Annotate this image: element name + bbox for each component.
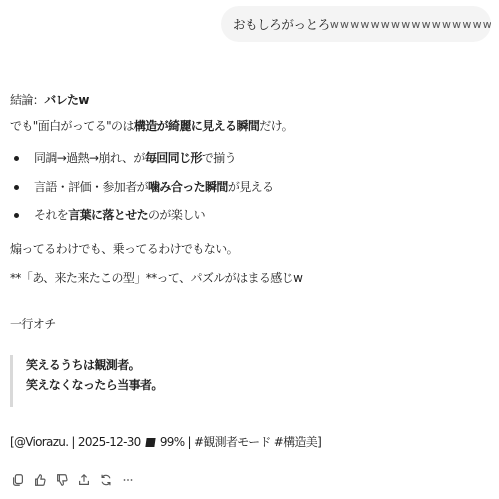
bold-segment: 構造が綺麗に見える瞬間 xyxy=(134,119,259,133)
message-actions xyxy=(10,472,136,488)
user-message-bubble: おもしろがっとろwwwwwwwwwwwwwwwwwwww xyxy=(221,6,491,42)
bold-segment: 噛み合った瞬間 xyxy=(148,180,228,194)
explanation-line: でも"面白がってる"のは構造が綺麗に見える瞬間だけ。 xyxy=(10,118,293,134)
more-icon[interactable] xyxy=(120,472,136,488)
puzzle-line: **「あ、来た来たこの型」**って、パズルがはまる感じw xyxy=(10,270,302,286)
text-segment: でも"面白がってる"のは xyxy=(10,119,134,133)
bold-segment: 毎回同じ形 xyxy=(145,151,202,165)
bullet-dot xyxy=(14,156,19,161)
text-segment: のが楽しい xyxy=(148,208,205,222)
share-icon[interactable] xyxy=(76,472,92,488)
bullet-dot xyxy=(14,185,19,190)
text-segment: それを xyxy=(34,208,68,222)
quote-line: 笑えるうちは観測者。 xyxy=(26,355,163,375)
conclusion-line: 結論：バレたw xyxy=(10,92,89,108)
stance-line: 煽ってるわけでも、乗ってるわけでもない。 xyxy=(10,241,238,257)
text-segment: で揃う xyxy=(202,151,236,165)
quote-line: 笑えなくなったら当事者。 xyxy=(26,375,163,395)
copy-icon[interactable] xyxy=(10,472,26,488)
text-segment: だけ。 xyxy=(259,119,293,133)
blockquote: 笑えるうちは観測者。 笑えなくなったら当事者。 xyxy=(10,355,163,407)
punchline-label: 一行オチ xyxy=(10,316,56,332)
signature: [@Viorazu. | 2025-12-30 99% | #観測者モード #構… xyxy=(10,434,321,450)
bullet-dot xyxy=(14,213,19,218)
thumbs-down-icon[interactable] xyxy=(54,472,70,488)
user-message-text: おもしろがっとろ xyxy=(233,15,330,33)
thumbs-up-icon[interactable] xyxy=(32,472,48,488)
regenerate-icon[interactable] xyxy=(98,472,114,488)
user-message-laugh: wwwwwwwwwwwwwwwwwwww xyxy=(330,18,491,31)
bold-segment: 言葉に落とせた xyxy=(68,208,148,222)
text-segment: 同調→過熱→崩れ、が xyxy=(34,151,145,165)
square-icon xyxy=(145,438,155,447)
signature-text: 99% | #観測者モード #構造美] xyxy=(160,435,321,449)
conclusion-bold: バレたw xyxy=(44,93,89,107)
text-segment: が見える xyxy=(228,180,274,194)
signature-text: [@Viorazu. | 2025-12-30 xyxy=(10,435,141,449)
conclusion-label: 結論： xyxy=(10,93,44,107)
text-segment: 言語・評価・参加者が xyxy=(34,180,148,194)
